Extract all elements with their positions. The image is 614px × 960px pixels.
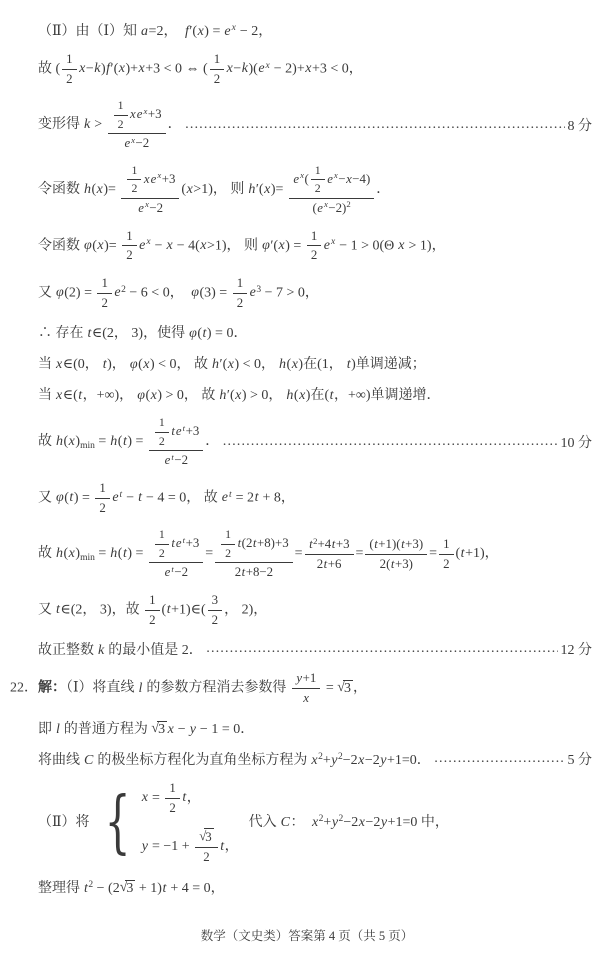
text: )(	[248, 61, 257, 76]
text: +3	[148, 107, 162, 121]
fraction: y+1x	[292, 670, 320, 706]
math-variable: x	[264, 182, 271, 197]
math-variable: C	[280, 815, 290, 830]
text: 2	[318, 752, 323, 762]
text: 1	[99, 481, 105, 495]
math-variable: x	[157, 170, 162, 180]
text: 2(	[380, 557, 391, 571]
math-variable: t	[182, 423, 185, 433]
text: 2	[237, 296, 243, 310]
text: ，+∞)单调递增．	[334, 388, 441, 403]
text: )+	[125, 61, 138, 76]
text: min	[80, 441, 95, 451]
score-label: 8 分	[568, 115, 593, 135]
text: ) > 0，	[242, 388, 286, 403]
text: 2	[99, 501, 105, 515]
document-line: 令函数 h(x)= 12xex+3ex−2(x>1)， 则 h′(x)= ex(…	[10, 163, 592, 217]
fraction: 12xex+3ex−2	[121, 163, 179, 217]
fraction: 12	[127, 163, 141, 197]
answer-content: （Ⅱ）由（Ⅰ）知 a=2， f′(x) = ex − 2，故 (12x−k)f′…	[10, 20, 592, 897]
fraction: 32	[208, 592, 222, 628]
denominator: 2	[155, 433, 169, 449]
text: 2	[443, 557, 449, 571]
numerator: 1	[165, 780, 179, 799]
text: 2	[149, 613, 155, 627]
numerator: 1	[62, 51, 76, 70]
text: >	[91, 117, 106, 132]
text: −2	[149, 201, 163, 215]
fraction: 12	[311, 163, 325, 197]
text: +1)∈(	[171, 602, 206, 617]
text: −2	[343, 815, 358, 830]
text: ∈(0，	[63, 357, 103, 372]
math-variable: x	[131, 135, 136, 145]
text: +1)(	[378, 537, 400, 551]
fraction: 12	[155, 527, 169, 561]
math-variable: k	[94, 61, 101, 76]
math-variable: x	[235, 388, 242, 403]
text: 又	[38, 285, 56, 300]
text: ) =	[204, 24, 224, 39]
text: 的最小值是 2．	[105, 643, 203, 658]
fraction: 12	[155, 415, 169, 449]
text: （Ⅰ）将直线	[66, 681, 138, 696]
text: 2	[313, 536, 317, 546]
document-line: ∴ 存在 t∈(2， 3)，使得 φ(t) = 0．	[10, 322, 592, 342]
fraction: ex(12ex−x−4)(ex−2)2	[289, 163, 374, 217]
text: +3)	[395, 557, 413, 571]
line-body: 变形得 k > 12xex+3ex−2．	[38, 98, 182, 152]
fraction: 12	[97, 275, 111, 311]
text: )在(	[306, 388, 329, 403]
numerator: 1	[155, 527, 169, 544]
text: −2	[136, 136, 150, 150]
denominator: 2	[311, 180, 325, 196]
numerator: 1	[439, 536, 453, 555]
text: 2	[66, 72, 72, 86]
text: 令函数	[38, 182, 84, 197]
superscript: t	[182, 535, 185, 545]
fraction: 12	[307, 228, 321, 264]
text: 当	[38, 388, 56, 403]
line-body: ∴ 存在 t∈(2， 3)，使得 φ(t) = 0．	[38, 322, 247, 342]
math-variable: x	[79, 61, 86, 76]
text: 3	[256, 285, 261, 295]
text: 将曲线	[38, 753, 84, 768]
document-line: 又 φ(t) = 12et − t − 4 = 0， 故 et = 2t + 8…	[10, 480, 592, 516]
text: 2	[346, 199, 350, 209]
document-line: 令函数 φ(x)= 12ex − x − 4(x>1)， 则 φ′(x) = 1…	[10, 228, 592, 264]
document-line: 又 t∈(2， 3)，故 12(t+1)∈(32， 2)，	[10, 592, 592, 628]
superscript: 3	[256, 285, 261, 295]
text: )=	[271, 182, 287, 197]
math-variable: k	[84, 117, 91, 132]
line-body: 故 h(x)min = h(t) = 12tet+3et−2=12t(2t+8)…	[38, 527, 499, 581]
left-brace-icon: {	[105, 796, 131, 850]
text: ：	[290, 815, 311, 830]
superscript: t	[119, 490, 123, 500]
text: − 1 = 0．	[196, 722, 254, 737]
math-variable: e	[164, 565, 171, 579]
document-line: （Ⅱ）将 {x = 12t，y = −1 + √32t， 代入 C： x2+y2…	[10, 780, 592, 866]
text: （Ⅱ）由（Ⅰ）知	[38, 24, 141, 39]
text: 1	[149, 593, 155, 607]
numerator: 12t(2t+8)+3	[215, 527, 293, 563]
text: − 6 < 0，	[126, 285, 191, 300]
math-variable: h	[84, 182, 92, 197]
text: )在(1，	[298, 357, 346, 372]
text: + 1)	[135, 881, 162, 896]
text: ∴ 存在	[38, 326, 87, 341]
fraction: 12	[210, 51, 224, 87]
math-variable: x	[300, 170, 305, 180]
text: +6	[328, 557, 342, 571]
math-variable: x	[143, 357, 150, 372]
fraction: 12	[439, 536, 453, 572]
text: 1	[169, 781, 175, 795]
math-variable: y	[331, 753, 338, 768]
fraction: 12t(2t+8)+32t+8−2	[215, 527, 293, 581]
numerator: 1	[233, 275, 247, 294]
text: 8 分	[568, 119, 593, 134]
text: 当	[38, 357, 56, 372]
radical-sign-icon: √	[199, 828, 206, 845]
text: ) =	[127, 434, 147, 449]
fraction: 12	[165, 780, 179, 816]
denominator: et−2	[160, 563, 192, 581]
text: 1	[118, 98, 124, 112]
document-line: 又 φ(2) = 12e2 − 6 < 0， φ(3) = 12e3 − 7 >…	[10, 275, 592, 311]
text: +3 < 0，	[312, 61, 363, 76]
denominator: 2	[165, 799, 179, 817]
text: 变形得	[38, 117, 84, 132]
score-label: 10 分	[561, 432, 593, 452]
math-variable: y	[380, 753, 387, 768]
document-line: 22．解：（Ⅰ）将直线 l 的参数方程消去参数得 y+1x = √3，	[10, 670, 592, 706]
math-variable: x	[305, 61, 312, 76]
math-variable: e	[164, 453, 171, 467]
fraction: 12	[221, 527, 235, 561]
math-variable: x	[330, 237, 335, 247]
math-variable: e	[124, 136, 131, 150]
math-variable: e	[139, 238, 146, 253]
fraction: 12	[95, 480, 109, 516]
numerator: 1	[155, 415, 169, 432]
fraction: √32	[195, 828, 218, 865]
denominator: 2	[114, 116, 128, 132]
denominator: et−2	[160, 451, 192, 469]
superscript: x	[231, 23, 236, 33]
math-variable: x	[398, 238, 405, 253]
superscript: 2	[318, 752, 323, 762]
superscript: t	[182, 423, 185, 433]
math-variable: h	[56, 546, 64, 561]
math-variable: t	[119, 490, 123, 500]
math-variable: y	[331, 815, 338, 830]
line-body: 故 (12x−k)f′(x)+x+3 < 0 ⇔ (12x−k)(ex − 2)…	[38, 51, 363, 87]
text: )	[101, 61, 106, 76]
text: 2	[126, 248, 132, 262]
math-variable: e	[293, 172, 300, 186]
superscript: x	[333, 170, 338, 180]
superscript: x	[143, 106, 148, 116]
text: ′(	[227, 388, 235, 403]
denominator: x	[299, 689, 314, 707]
text: 1	[159, 415, 165, 429]
text: 2	[315, 181, 321, 195]
numerator: 1	[114, 98, 128, 115]
document-line: 故 h(x)min = h(t) = 12tet+3et−2=12t(2t+8)…	[10, 527, 592, 581]
math-variable: x	[311, 815, 318, 830]
text: 1	[66, 52, 72, 66]
text: −	[174, 722, 189, 737]
superscript: x	[131, 135, 136, 145]
superscript: 2	[313, 536, 317, 546]
equation-system: {x = 12t，y = −1 + √32t，	[96, 780, 239, 866]
text: 2	[212, 613, 218, 627]
text: (2	[242, 536, 253, 550]
superscript: x	[300, 170, 305, 180]
math-variable: t	[171, 452, 174, 462]
text: =	[429, 546, 437, 561]
text: 12 分	[561, 643, 593, 658]
numerator: 1	[122, 228, 136, 247]
text: 1	[214, 52, 220, 66]
math-variable: φ	[129, 357, 138, 372]
dotted-leader: ……………………………………………………………………………………………………………	[206, 641, 558, 657]
math-variable: x	[311, 753, 318, 768]
text: ，	[353, 681, 367, 696]
text: 2	[159, 434, 165, 448]
square-root: √3	[120, 880, 136, 897]
denominator: 2t+6	[313, 555, 346, 573]
denominator: 2	[307, 246, 321, 264]
text: 2	[338, 752, 343, 762]
text: >1)， 则	[193, 182, 248, 197]
text: 2	[225, 546, 231, 560]
superscript: x	[144, 199, 149, 209]
fraction: t2+4t+32t+6	[305, 536, 354, 572]
denominator: (ex−2)2	[308, 199, 354, 217]
text: 2	[319, 814, 324, 824]
text: =	[322, 681, 337, 696]
denominator: 2	[233, 294, 247, 312]
text: 2	[159, 546, 165, 560]
math-variable: a	[141, 24, 149, 39]
math-variable: e	[150, 172, 157, 186]
text: ，	[187, 790, 201, 805]
math-variable: t	[171, 564, 174, 574]
text: (2) =	[64, 285, 95, 300]
text: +1	[303, 671, 317, 685]
score-label: 12 分	[561, 639, 593, 659]
denominator: 2	[62, 70, 76, 88]
text: 又	[38, 602, 56, 617]
document-line: 整理得 t2 − (2√3 + 1)t + 4 = 0，	[10, 877, 592, 897]
math-variable: h	[212, 357, 220, 372]
superscript: 2	[88, 880, 93, 890]
math-variable: x	[231, 23, 236, 33]
text: +	[323, 753, 331, 768]
text: + 4 = 0，	[167, 881, 225, 896]
superscript: x	[265, 61, 270, 71]
superscript: x	[157, 170, 162, 180]
document-line: 故正整数 k 的最小值是 2．……………………………………………………………………	[10, 639, 592, 659]
math-variable: x	[56, 388, 63, 403]
text: 故正整数	[38, 643, 98, 658]
text: )=	[104, 238, 120, 253]
text: +3	[336, 537, 350, 551]
numerator: t2+4t+3	[305, 536, 354, 555]
denominator: 2	[221, 545, 235, 561]
dotted-leader: ……………………………………………………………………………………………………………	[185, 117, 565, 133]
text: 的普通方程为	[60, 722, 151, 737]
superscript: 2	[121, 285, 126, 295]
text: 1	[101, 276, 107, 290]
system-row: y = −1 + √32t，	[141, 828, 238, 865]
text: −2	[174, 453, 188, 467]
math-variable: x	[333, 170, 338, 180]
fraction: 12	[122, 228, 136, 264]
math-variable: x	[141, 790, 148, 805]
text: +8−2	[246, 565, 273, 579]
text: ) > 0， 故	[157, 388, 219, 403]
math-variable: e	[112, 490, 119, 505]
text: 又	[38, 490, 56, 505]
text: 22．	[10, 681, 38, 696]
document-line: （Ⅱ）由（Ⅰ）知 a=2， f′(x) = ex − 2，	[10, 20, 592, 40]
superscript: 2	[338, 752, 343, 762]
line-body: （Ⅱ）由（Ⅰ）知 a=2， f′(x) = ex − 2，	[38, 20, 272, 40]
math-variable: x	[146, 237, 151, 247]
text: −	[123, 490, 138, 505]
text: ．	[168, 117, 182, 132]
numerator: 12xex+3	[108, 98, 166, 134]
text: 2	[311, 248, 317, 262]
line-body: 令函数 h(x)= 12xex+3ex−2(x>1)， 则 h′(x)= ex(…	[38, 163, 390, 217]
text: 即	[38, 722, 56, 737]
radical-sign-icon: √	[120, 880, 128, 896]
bold-text: 解：	[38, 681, 66, 696]
system-rows: x = 12t，y = −1 + √32t，	[141, 780, 238, 866]
text: −2	[174, 565, 188, 579]
page-footer: 数学（文史类）答案第 4 页（共 5 页）	[0, 926, 614, 944]
text: = −1 +	[149, 839, 194, 854]
text: +1)，	[465, 546, 499, 561]
math-variable: h	[110, 546, 118, 561]
numerator: 12xex+3	[121, 163, 179, 199]
fraction: 12	[62, 51, 76, 87]
fraction: 12tet+3et−2	[149, 527, 203, 581]
text: ∈(2， 3)，使得	[92, 326, 189, 341]
math-variable: x	[323, 199, 328, 209]
text: ) = 0．	[207, 326, 248, 341]
math-variable: h	[219, 388, 227, 403]
fraction: 12	[114, 98, 128, 132]
fraction: 12	[145, 592, 159, 628]
math-variable: y	[296, 671, 303, 685]
math-variable: h	[110, 434, 118, 449]
text: +3	[162, 172, 176, 186]
line-body: 又 φ(t) = 12et − t − 4 = 0， 故 et = 2t + 8…	[38, 480, 295, 516]
text: min	[80, 553, 95, 563]
denominator: 2	[439, 555, 453, 573]
text: −	[338, 172, 345, 186]
numerator: 1	[311, 163, 325, 180]
text: 1	[443, 537, 449, 551]
denominator: 2	[97, 294, 111, 312]
text: ，	[225, 839, 239, 854]
text: >1)， 则	[207, 238, 262, 253]
text: 1	[315, 163, 321, 177]
text: 的极坐标方程化为直角坐标方程为	[94, 753, 311, 768]
text: 故	[38, 434, 56, 449]
superscript: t	[171, 452, 174, 462]
numerator: √3	[195, 828, 218, 848]
math-variable: e	[136, 107, 143, 121]
text: =2，	[149, 24, 185, 39]
numerator: 1	[210, 51, 224, 70]
math-variable: x	[143, 106, 148, 116]
numerator: 3	[208, 592, 222, 611]
line-body: 又 φ(2) = 12e2 − 6 < 0， φ(3) = 12e3 − 7 >…	[38, 275, 319, 311]
line-body: 当 x∈(t，+∞)， φ(x) > 0， 故 h′(x) > 0， h(x)在…	[38, 384, 441, 404]
document-line: 故 (12x−k)f′(x)+x+3 < 0 ⇔ (12x−k)(ex − 2)…	[10, 51, 592, 87]
text: )=	[103, 182, 119, 197]
line-body: 当 x∈(0， t)， φ(x) < 0， 故 h′(x) < 0， h(x)在…	[38, 353, 426, 373]
math-variable: x	[265, 61, 270, 71]
text: (	[304, 172, 308, 186]
text: +4	[318, 537, 332, 551]
fraction: (t+1)(t+3)2(t+3)	[365, 536, 427, 572]
denominator: ex−2	[134, 199, 167, 217]
text: ∈(	[63, 388, 78, 403]
text: ′(	[270, 238, 278, 253]
numerator: 1	[221, 527, 235, 544]
text: )单调递减；	[351, 357, 426, 372]
text: − 7 > 0，	[261, 285, 319, 300]
math-variable: e	[258, 61, 265, 76]
text: 5 分	[568, 753, 593, 768]
text: −2)	[328, 201, 346, 215]
text: ′(	[189, 24, 197, 39]
superscript: x	[330, 237, 335, 247]
denominator: 2	[199, 848, 213, 866]
text: − 4 = 0， 故	[142, 490, 221, 505]
document-line: 当 x∈(0， t)， φ(x) < 0， 故 h′(x) < 0， h(x)在…	[10, 353, 592, 373]
text: =	[295, 546, 303, 561]
text: > 1)，	[405, 238, 446, 253]
text: +8)+3	[257, 536, 289, 550]
text: 2	[214, 72, 220, 86]
math-variable: x	[144, 199, 149, 209]
text: 2	[131, 181, 137, 195]
text: (	[294, 388, 299, 403]
text: ) < 0， 故	[150, 357, 212, 372]
text: 1	[311, 229, 317, 243]
document-page: （Ⅱ）由（Ⅰ）知 a=2， f′(x) = ex − 2，故 (12x−k)f′…	[0, 0, 614, 960]
superscript: t	[171, 564, 174, 574]
math-variable: x	[303, 691, 310, 705]
denominator: 2(t+3)	[376, 555, 417, 573]
text: 2	[88, 880, 93, 890]
document-line: 变形得 k > 12xex+3ex−2．………………………………………………………	[10, 98, 592, 152]
text: =	[356, 546, 364, 561]
math-variable: t	[182, 535, 185, 545]
text: ) =	[127, 546, 147, 561]
fraction: 12	[233, 275, 247, 311]
superscript: x	[146, 237, 151, 247]
